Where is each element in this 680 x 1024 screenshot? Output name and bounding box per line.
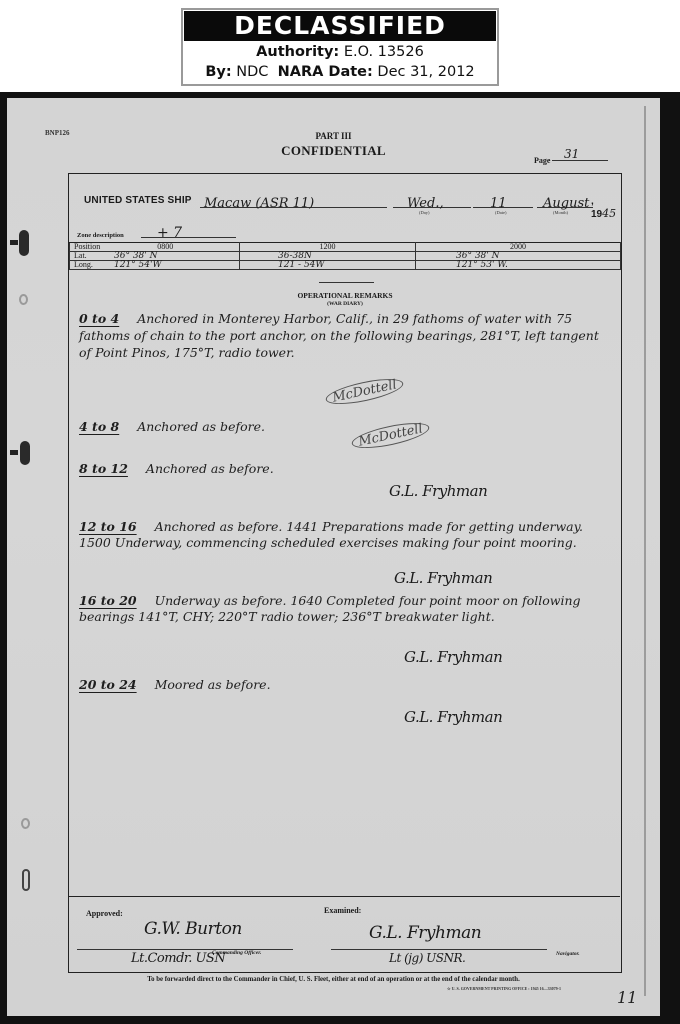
page-number: 31: [552, 148, 608, 161]
month-value: August: [537, 196, 589, 211]
position-table: Position 0800 1200 2000 Lat. 36° 38' N 3…: [69, 242, 621, 270]
position-header-1200: 1200: [240, 243, 416, 252]
officer-signature: G.L. Fryhman: [389, 482, 487, 500]
month-field: August: [537, 194, 593, 208]
handwritten-page-mark: 11: [617, 988, 637, 1007]
binder-hole-icon: [19, 230, 29, 256]
printer-mark: ☆ U. S. GOVERNMENT PRINTING OFFICE : 194…: [447, 986, 561, 991]
punch-hole-icon: [21, 818, 30, 829]
year-suffix: 45: [602, 207, 616, 220]
day-value: Wed.,: [393, 196, 444, 211]
year: , 1945: [591, 196, 621, 220]
officer-signature: G.L. Fryhman: [394, 569, 492, 587]
nara-label: NARA Date:: [278, 64, 373, 80]
ship-label: UNITED STATES SHIP: [84, 195, 192, 206]
authority-value: E.O. 13526: [344, 44, 424, 60]
examined-label: Examined:: [324, 906, 361, 915]
declassified-stamp: DECLASSIFIED Authority: E.O. 13526 By: N…: [181, 8, 499, 86]
zone-label: Zone description: [77, 232, 124, 239]
officer-signature: G.L. Fryhman: [404, 648, 502, 666]
binder-clip-icon: [10, 450, 18, 455]
day-field: Wed.,: [393, 194, 471, 208]
long-1200: 121 - 54W: [278, 260, 325, 270]
position-row-long: Long. 121° 54'W 121 - 54W 121° 53' W.: [70, 261, 621, 270]
officer-signature: McDottell: [324, 374, 406, 409]
binder-clip-icon: [10, 240, 18, 245]
stamp-title: DECLASSIFIED: [184, 11, 496, 41]
officer-signature: G.L. Fryhman: [404, 708, 502, 726]
co-signature: G.W. Burton: [144, 919, 242, 939]
watch-period: 8 to 12: [79, 461, 128, 476]
divider: [319, 282, 374, 283]
diary-entry: 20 to 24Moored as before.: [79, 676, 609, 693]
lat-label: Lat.: [74, 252, 112, 260]
page-label: Page: [534, 156, 550, 165]
date-value: 11: [473, 196, 507, 211]
date-caption: (Date): [495, 210, 507, 215]
punch-hole-icon: [19, 294, 28, 305]
long-2000: 121° 53' W.: [456, 260, 508, 270]
long-label: Long.: [74, 261, 112, 269]
diary-entry: 12 to 16Anchored as before. 1441 Prepara…: [79, 519, 609, 551]
diary-entry: 4 to 8Anchored as before.: [79, 418, 609, 435]
binder-hole-icon: [20, 441, 30, 465]
by-value: NDC: [236, 64, 268, 80]
approval-section: Approved: G.W. Burton Lt.Comdr. USN Comm…: [69, 896, 620, 972]
watch-period: 12 to 16: [79, 519, 137, 534]
log-form: UNITED STATES SHIP Macaw (ASR 11) Wed., …: [68, 173, 622, 973]
date-field: 11: [473, 194, 533, 208]
binder-clip-icon: [22, 869, 30, 891]
nara-value: Dec 31, 2012: [377, 64, 474, 80]
zone-value: + 7: [141, 225, 182, 241]
entry-text: Anchored in Monterey Harbor, Calif., in …: [79, 311, 599, 360]
diary-entry: 8 to 12Anchored as before.: [79, 460, 609, 477]
stamp-authority: Authority: E.O. 13526: [183, 42, 497, 62]
position-header-label: Position: [74, 242, 100, 251]
diary-entry: 16 to 20Underway as before. 1640 Complet…: [79, 593, 609, 625]
fold-line: [644, 106, 646, 996]
scanned-document: BNP126 PART III CONFIDENTIAL Page 31 UNI…: [0, 92, 680, 1024]
approved-label: Approved:: [86, 909, 123, 918]
remarks-title: OPERATIONAL REMARKS: [69, 291, 621, 300]
long-0800: 121° 54'W: [114, 260, 162, 270]
position-header-0800: 0800: [157, 242, 173, 251]
navigator-label: Navigator.: [556, 951, 580, 957]
entry-text: Anchored as before.: [137, 419, 265, 434]
position-header-2000: 2000: [416, 243, 621, 252]
entry-text: Underway as before. 1640 Completed four …: [79, 593, 581, 624]
forwarding-note: To be forwarded direct to the Commander …: [7, 976, 660, 983]
diary-entry: 0 to 4Anchored in Monterey Harbor, Calif…: [79, 310, 609, 361]
watch-period: 0 to 4: [79, 311, 119, 326]
watch-period: 16 to 20: [79, 593, 137, 608]
year-prefix: , 19: [591, 196, 602, 220]
navigator-signature: G.L. Fryhman: [369, 923, 481, 943]
authority-label: Authority:: [256, 44, 339, 60]
navigator-rank: Lt (jg) USNR.: [389, 951, 465, 965]
entry-text: Anchored as before.: [146, 461, 274, 476]
watch-period: 20 to 24: [79, 677, 137, 692]
co-label: Commanding Officer.: [212, 950, 261, 956]
entry-text: Moored as before.: [155, 677, 271, 692]
ship-name: Macaw (ASR 11): [200, 196, 314, 211]
stamp-by-line: By: NDC NARA Date: Dec 31, 2012: [183, 62, 497, 82]
month-caption: (Month): [553, 210, 568, 215]
entry-text: Anchored as before. 1441 Preparations ma…: [79, 519, 583, 550]
navigator-signature-line: [331, 949, 547, 950]
ship-name-field: Macaw (ASR 11): [200, 194, 387, 208]
ship-row: UNITED STATES SHIP: [84, 195, 192, 206]
zone-field: + 7: [141, 224, 236, 238]
part-heading: PART III: [7, 131, 660, 141]
by-label: By:: [205, 64, 231, 80]
day-caption: (Day): [419, 210, 430, 215]
watch-period: 4 to 8: [79, 419, 119, 434]
paper-sheet: BNP126 PART III CONFIDENTIAL Page 31 UNI…: [7, 98, 660, 1016]
remarks-subtitle: (WAR DIARY): [69, 301, 621, 307]
